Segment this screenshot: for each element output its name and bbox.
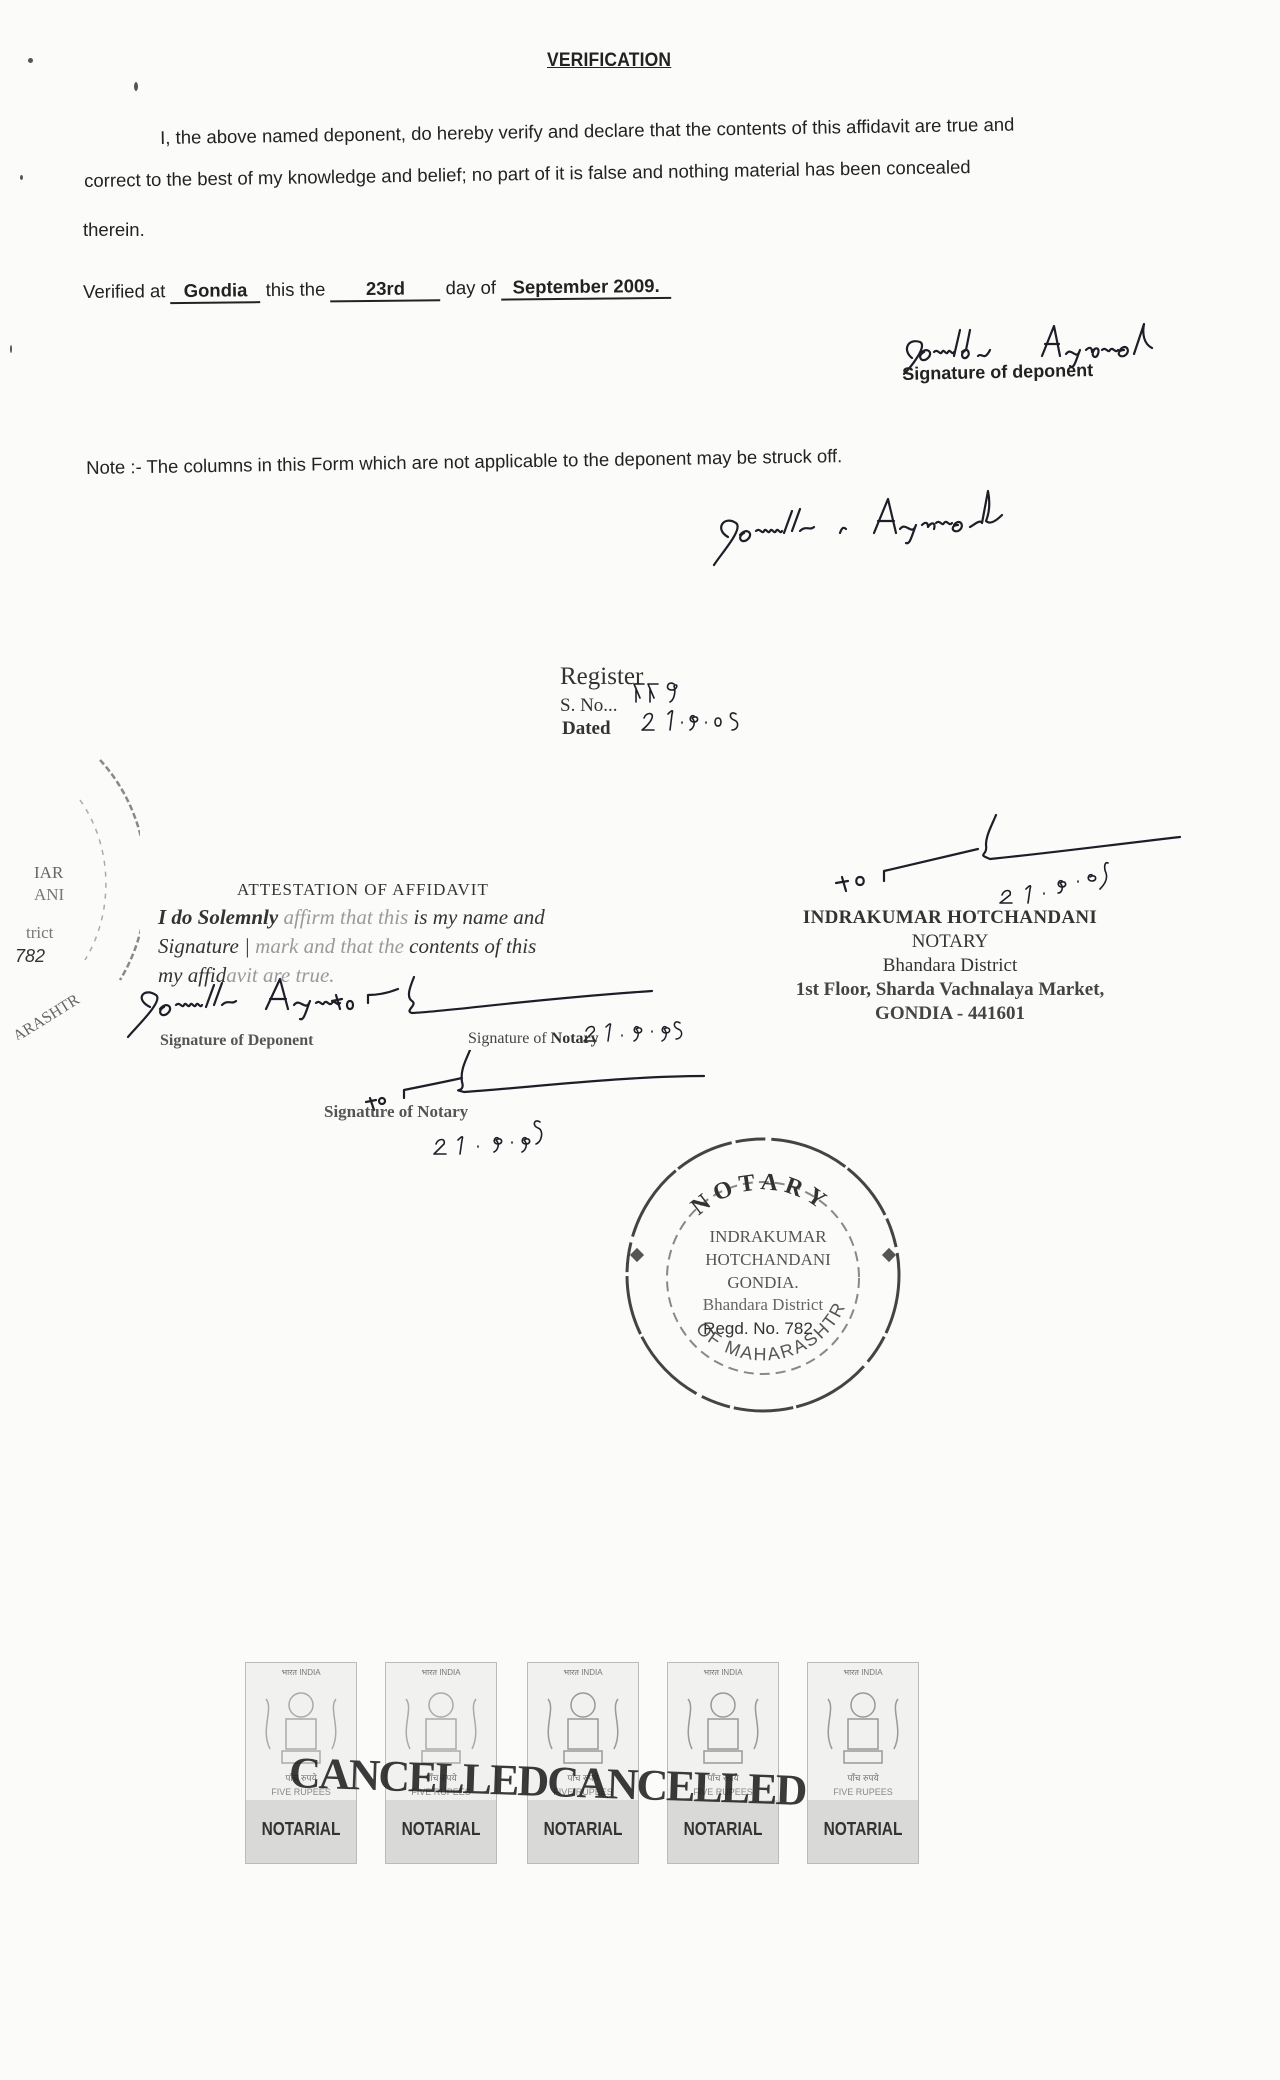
stamp-label: NOTARIAL: [816, 1819, 911, 1840]
seal-line-2: HOTCHANDANI: [705, 1250, 831, 1269]
attestation-line1-faint: affirm that this: [283, 905, 408, 929]
notary-district: Bhandara District: [760, 954, 1140, 978]
verification-paragraph-line-2: correct to the best of my knowledge and …: [84, 156, 971, 192]
stamp-head: भारत INDIA: [668, 1667, 778, 1678]
verification-paragraph-line-1: I, the above named deponent, do hereby v…: [160, 114, 1015, 149]
seal-line-4: Bhandara District: [703, 1295, 824, 1314]
verified-day-field: 23rd: [330, 277, 440, 302]
partial-seal-line-3: trict: [26, 923, 54, 942]
signature-of-notary-attest-label: Signature of Notary: [468, 1030, 599, 1048]
notary-title: NOTARY: [760, 930, 1140, 954]
stamp-label: NOTARIAL: [394, 1819, 489, 1840]
attestation-line1-start: I do Solemnly: [158, 905, 278, 929]
notary-label-prefix: Signature of: [468, 1030, 547, 1047]
attestation-line2-start: Signature |: [158, 934, 250, 958]
notary-label-bold: Notary: [551, 1030, 599, 1047]
stamp-label: NOTARIAL: [254, 1819, 349, 1840]
svg-text:NOTARY: NOTARY: [686, 1169, 835, 1220]
notary-city: GONDIA - 441601: [760, 1002, 1140, 1026]
scan-speck: [10, 345, 12, 353]
day-of-label: day of: [445, 277, 496, 299]
attestation-title: ATTESTATION OF AFFIDAVIT: [237, 880, 489, 900]
scan-speck: [28, 58, 33, 63]
register-sno-label: S. No...: [560, 695, 618, 717]
attestation-line2-faint: mark and that the: [255, 934, 404, 958]
stamp-hindi: पाँच रुपये: [808, 1771, 918, 1784]
stamp-label: NOTARIAL: [536, 1819, 631, 1840]
verified-at-line: Verified at Gondia this the 23rd day of …: [83, 275, 671, 305]
partial-seal-arc: ARASHTR: [10, 991, 83, 1040]
deponent-signature-main: [700, 485, 1200, 575]
attestation-line2-end: contents of this: [409, 934, 536, 958]
scan-speck: [20, 175, 23, 180]
register-dated-label: Dated: [562, 718, 611, 740]
attestation-line1-end: is my name and: [414, 905, 545, 929]
seal-top-text: NOTARY: [686, 1169, 835, 1220]
stamp-head: भारत INDIA: [808, 1667, 918, 1678]
verification-paragraph-line-3: therein.: [83, 219, 145, 241]
verified-month-year-field: September 2009.: [501, 275, 671, 301]
signature-of-deponent-label: Signature of deponent: [902, 360, 1093, 385]
notary-round-seal: NOTARY OF MAHARASHTRA INDRAKUMAR HOTCHAN…: [618, 1130, 908, 1420]
partial-seal-line-1: IAR: [34, 863, 64, 882]
seal-line-3: GONDIA.: [727, 1273, 798, 1292]
notary-signature-right: [830, 805, 1190, 905]
note-text: Note :- The columns in this Form which a…: [86, 445, 842, 479]
notary-name: INDRAKUMAR HOTCHANDANI: [760, 906, 1140, 930]
signature-of-notary-lower-label: Signature of Notary: [324, 1102, 468, 1122]
verification-title: VERIFICATION: [547, 50, 671, 72]
verified-place-field: Gondia: [170, 279, 260, 304]
notary-address: 1st Floor, Sharda Vachnalaya Market,: [760, 978, 1140, 1002]
partial-seal-line-2: ANI: [34, 885, 65, 904]
seal-line-5: Regd. No. 782: [703, 1319, 813, 1338]
ashoka-emblem-icon: [822, 1679, 904, 1779]
stamp-head: भारत INDIA: [528, 1667, 638, 1678]
signature-of-deponent-attest-label: Signature of Deponent: [160, 1032, 314, 1050]
stamp-head: भारत INDIA: [246, 1667, 356, 1678]
notarial-stamp: भारत INDIA पाँच रुपये FIVE RUPEES NOTARI…: [807, 1662, 919, 1864]
this-the-label: this the: [266, 278, 326, 300]
seal-line-1: INDRAKUMAR: [709, 1227, 827, 1246]
stamp-head: भारत INDIA: [386, 1667, 496, 1678]
notary-details-block: INDRAKUMAR HOTCHANDANI NOTARY Bhandara D…: [760, 906, 1140, 1026]
stamp-label: NOTARIAL: [676, 1819, 771, 1840]
verified-at-label: Verified at: [83, 280, 165, 302]
scan-speck: [134, 82, 138, 91]
partial-seal-line-4: 782: [15, 946, 45, 966]
register-handwritten-entries: [610, 662, 770, 732]
stamp-value: FIVE RUPEES: [808, 1787, 918, 1797]
